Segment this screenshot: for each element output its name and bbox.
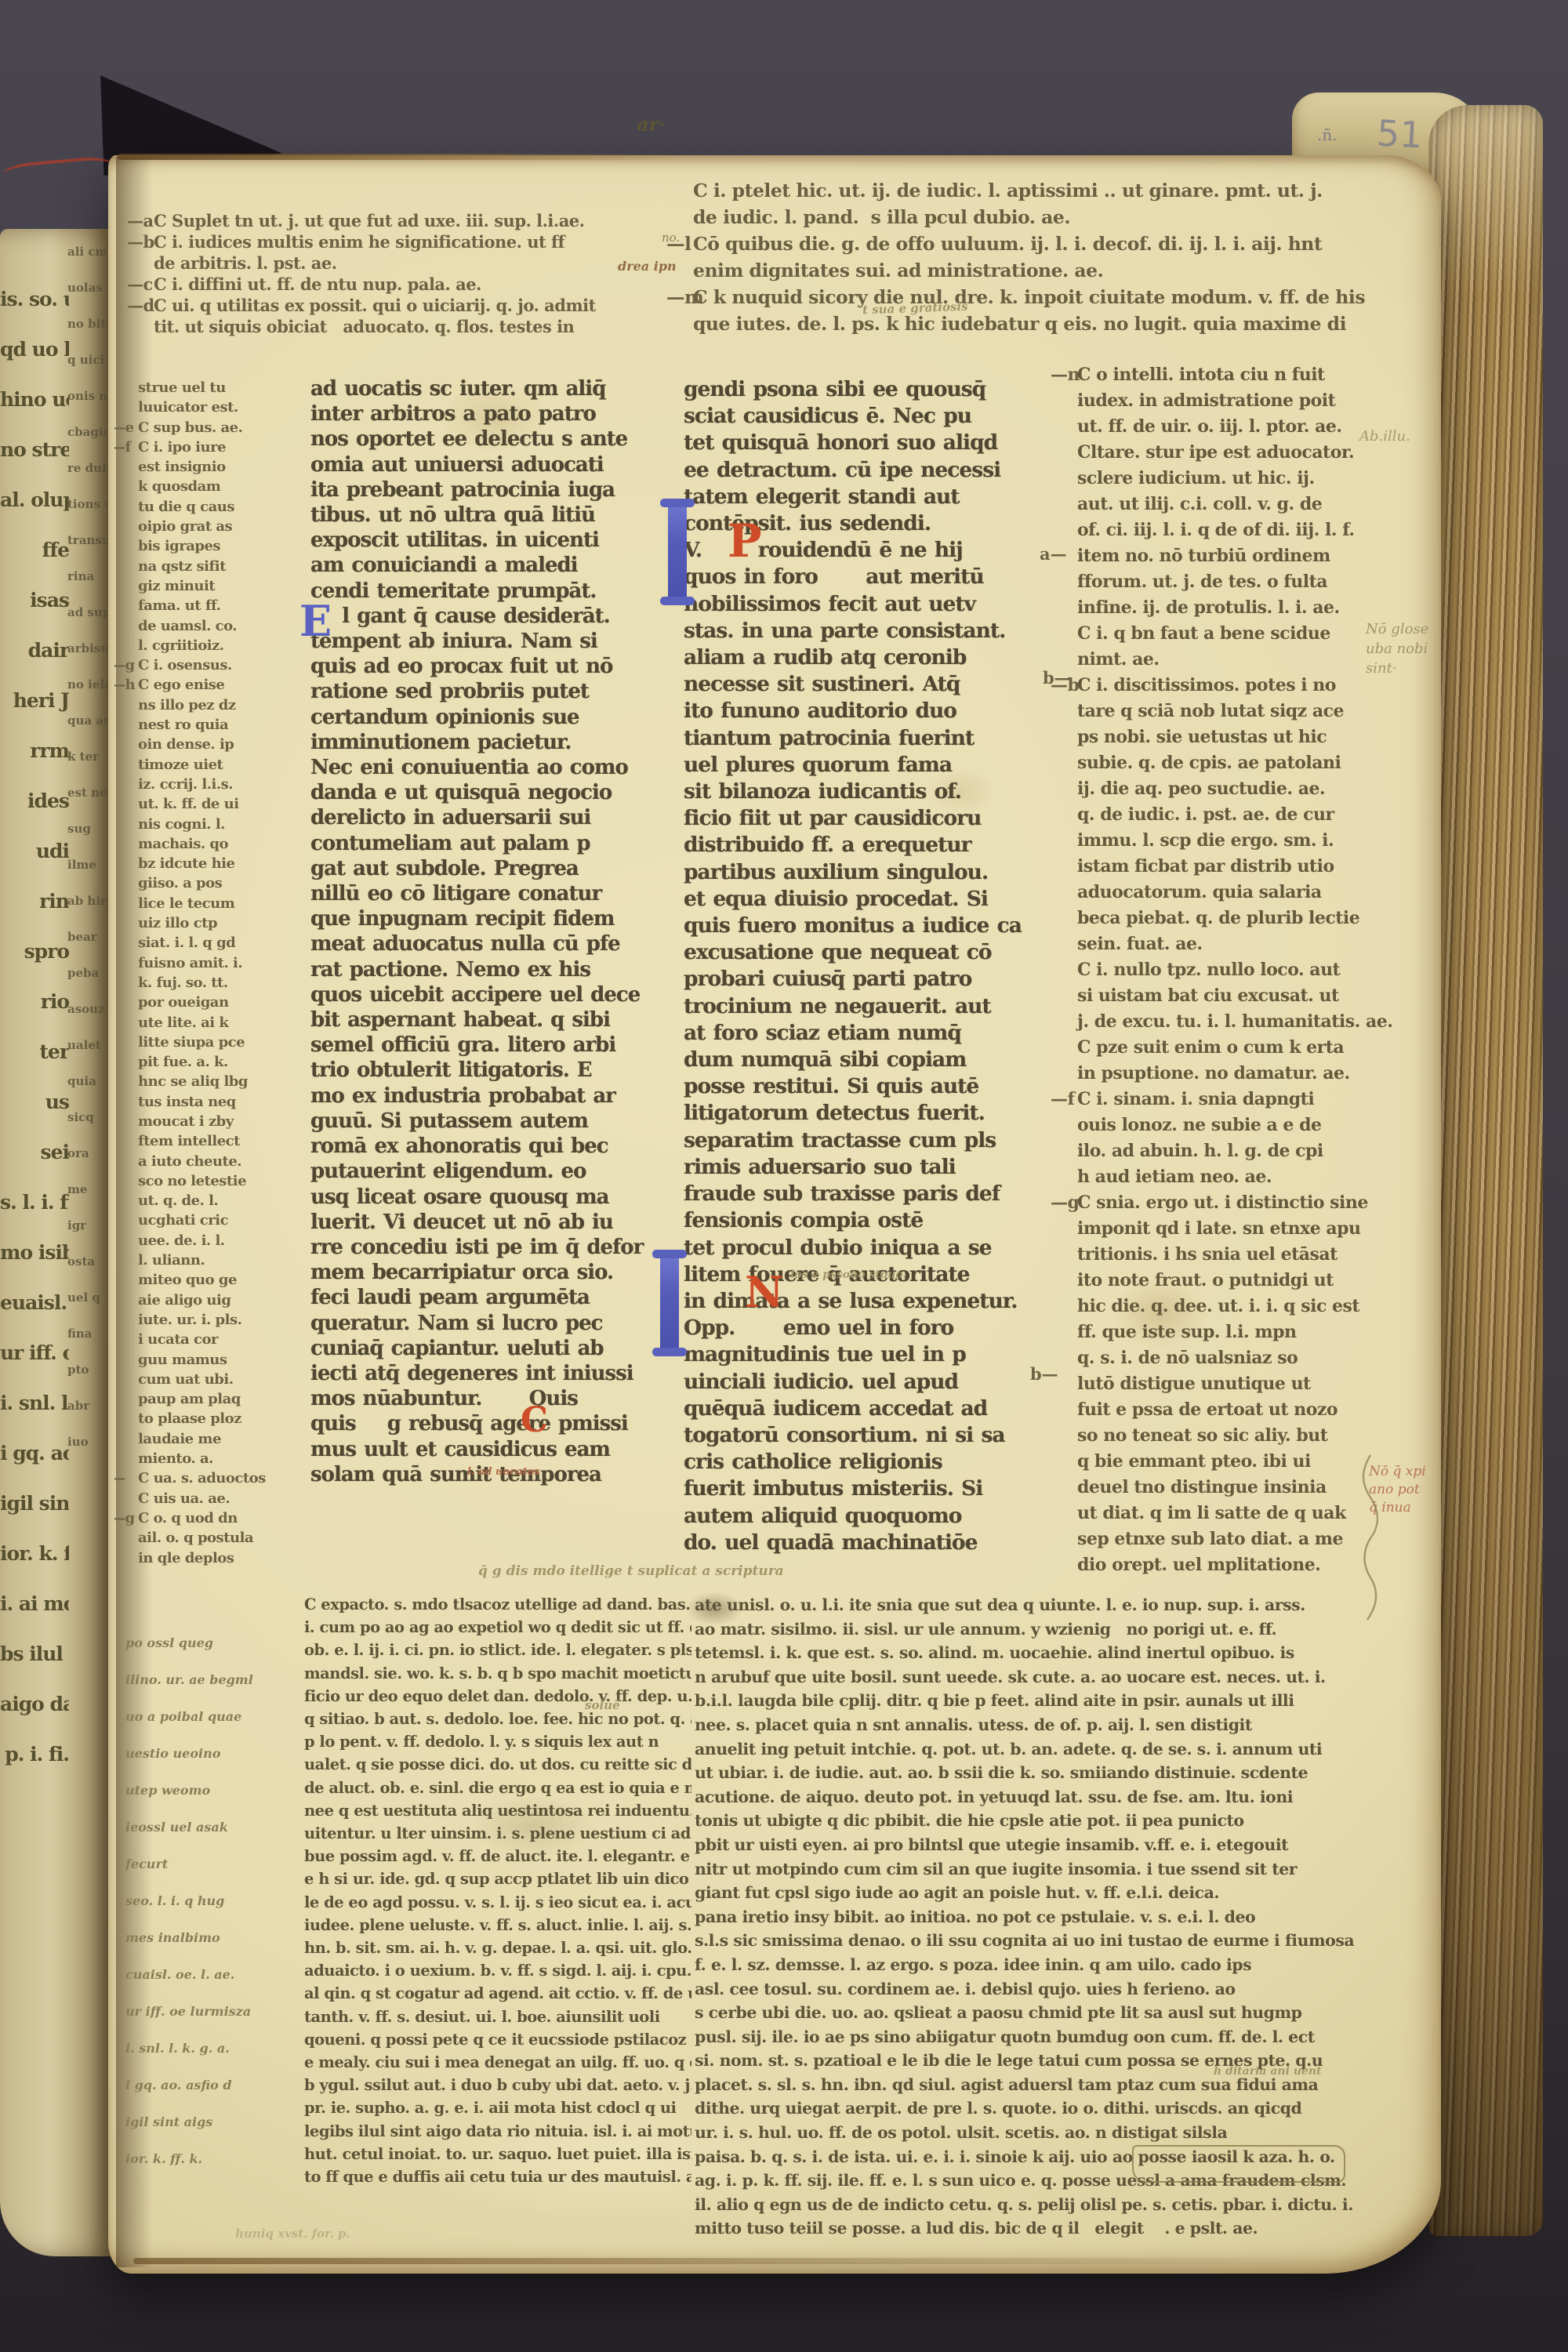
top-center-mark: ar· bbox=[637, 113, 666, 136]
red-paragraph-mark: C bbox=[521, 1400, 548, 1440]
interlinear-note: drea ipn bbox=[618, 259, 677, 274]
facing-page-text-fragments: is. so. ur soz kliuqd uo lc q gaudiahino… bbox=[0, 274, 69, 2156]
gloss-key-letter-a: a— bbox=[1040, 544, 1067, 564]
top-margin-mark: .ñ. bbox=[1317, 125, 1338, 144]
gloss-key-letter-b: b— bbox=[1043, 668, 1071, 688]
folio-number: 51 bbox=[1376, 112, 1424, 157]
right-gloss-column: —nC o intelli. intota ciu n fuitiudex. i… bbox=[1051, 362, 1460, 1581]
interlinear-note: l. ad uocatos bbox=[467, 1466, 540, 1478]
blue-initial-i-bar bbox=[668, 502, 687, 602]
margin-word-note: soluē bbox=[585, 1698, 620, 1712]
left-margin-bottom-notes: po ossl quegilino. ur. ae begmluo a poib… bbox=[125, 1624, 307, 2181]
cursive-heading-note: q̄ g dis mdo itellige t suplicat a scrip… bbox=[478, 1563, 917, 1579]
gloss-key-letter-b: b— bbox=[1030, 1364, 1058, 1384]
red-pen-stroke bbox=[2, 155, 114, 183]
left-margin-gloss: strue uel tuluuicator est.—eC sup bus. a… bbox=[114, 378, 336, 1571]
top-gloss-right: C i. ptelet hic. ut. ij. de iudic. l. ap… bbox=[666, 177, 1461, 339]
red-initial-p: P bbox=[728, 514, 762, 568]
right-margin-note: Nō glose uba nobi sint· bbox=[1366, 619, 1428, 678]
outlined-word-box bbox=[1132, 2145, 1345, 2183]
bottom-commentary-left: C expacto. s. mdo tlsacoz utellige ad da… bbox=[304, 1593, 691, 2190]
facing-page-edge: is. so. ur soz kliuqd uo lc q gaudiahino… bbox=[0, 229, 118, 2256]
page-bottom-edge bbox=[133, 2258, 1309, 2264]
blue-initial-i-bar bbox=[660, 1253, 679, 1353]
manuscript-photo: is. so. ur soz kliuqd uo lc q gaudiahino… bbox=[0, 0, 1568, 2352]
margin-bracket-squiggle bbox=[1356, 1454, 1378, 1623]
red-initial-n: N bbox=[745, 1267, 783, 1317]
margin-word-note: h ditaria ani uent bbox=[1214, 2065, 1322, 2078]
top-gloss-left: —aC Suplet tn ut. j. ut que fut ad uxe. … bbox=[127, 210, 704, 340]
bottom-faint-inscription: huniq xvst. for. p. bbox=[235, 2227, 350, 2241]
interlinear-note: los e pssono stouo. bbox=[790, 1269, 906, 1281]
main-text-column-1: ad uocatis sc iuter. qm aliq̄inter arbit… bbox=[310, 376, 687, 1490]
blue-initial-e: E bbox=[299, 596, 332, 646]
page-top-edge bbox=[118, 154, 682, 160]
right-margin-note: Ab.illu. bbox=[1359, 428, 1410, 445]
